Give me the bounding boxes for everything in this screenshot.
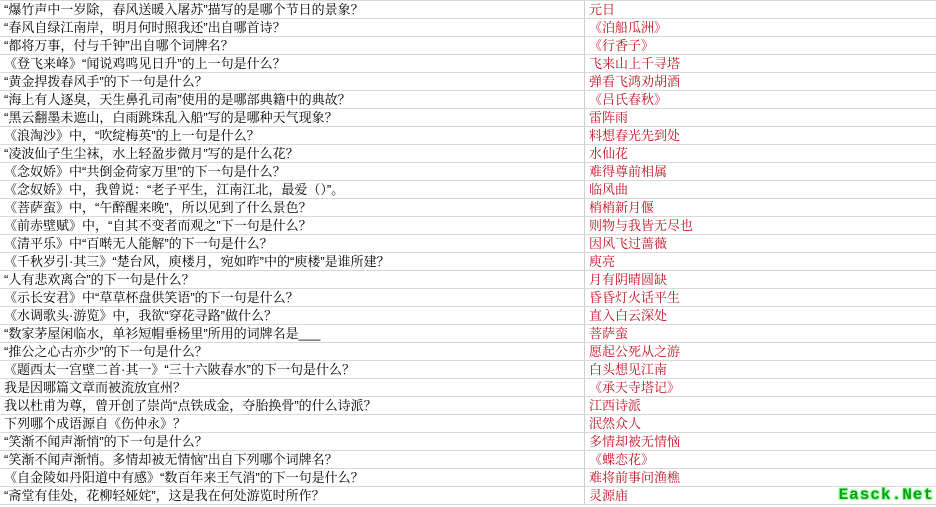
question-text: 《前赤壁赋》中，“自其不变者而观之”下一句是什么？: [4, 218, 312, 233]
answer-cell[interactable]: 因风飞过蔷薇: [585, 235, 936, 252]
table-row[interactable]: 《千秋岁引·其三》“楚台风，庾楼月，宛如昨”中的“庾楼”是谁所建？庾亮: [0, 253, 936, 271]
answer-text: 月有阴晴圆缺: [589, 272, 667, 287]
answer-cell[interactable]: 料想春光先到处: [585, 127, 936, 144]
question-text: 《念奴娇》中“共倒金荷家万里”的下一句是什么？: [4, 164, 286, 179]
answer-cell[interactable]: 愿起公死从之游: [585, 343, 936, 360]
table-row[interactable]: 下列哪个成语源自《伤仲永》？泯然众人: [0, 415, 936, 433]
answer-cell[interactable]: 直入白云深处: [585, 307, 936, 324]
question-cell[interactable]: “爆竹声中一岁除，春风送暖入屠苏”描写的是哪个节日的景象？: [0, 1, 585, 18]
answer-cell[interactable]: 庾亮: [585, 253, 936, 270]
answer-cell[interactable]: 雷阵雨: [585, 109, 936, 126]
question-text: “黑云翻墨未遮山，白雨跳珠乱入船”写的是哪种天气现象？: [4, 110, 338, 125]
table-row[interactable]: “凌波仙子生尘袜，水上轻盈步微月”写的是什么花？水仙花: [0, 145, 936, 163]
quiz-rows: “爆竹声中一岁除，春风送暖入屠苏”描写的是哪个节日的景象？元日“春风自绿江南岸，…: [0, 1, 936, 505]
table-row[interactable]: “黄金捍拨春风手”的下一句是什么？弹看飞鸿劝胡酒: [0, 73, 936, 91]
answer-cell[interactable]: 《行香子》: [585, 37, 936, 54]
question-text: “凌波仙子生尘袜，水上轻盈步微月”写的是什么花？: [4, 146, 299, 161]
question-text: “数家茅屋闲临水，单衫短帽垂杨里”所用的词牌名是___: [4, 326, 320, 341]
spreadsheet: “爆竹声中一岁除，春风送暖入屠苏”描写的是哪个节日的景象？元日“春风自绿江南岸，…: [0, 0, 936, 507]
question-text: 下列哪个成语源自《伤仲永》？: [4, 416, 186, 431]
question-text: 《示长安君》中“草草杯盘供笑语”的下一句是什么？: [4, 290, 299, 305]
answer-text: 白头想见江南: [589, 362, 667, 377]
question-cell[interactable]: “黄金捍拨春风手”的下一句是什么？: [0, 73, 585, 90]
answer-text: 《行香子》: [589, 38, 654, 53]
table-row[interactable]: 我是因哪篇文章而被流放宜州？《承天寺塔记》: [0, 379, 936, 397]
answer-cell[interactable]: 难将前事问渔樵: [585, 469, 936, 486]
answer-text: 雷阵雨: [589, 110, 628, 125]
table-row[interactable]: 《水调歌头·游览》中，我欲“穿花寻路”做什么？直入白云深处: [0, 307, 936, 325]
question-text: “春风自绿江南岸，明月何时照我还”出自哪首诗？: [4, 20, 286, 35]
table-row[interactable]: “人有悲欢离合”的下一句是什么？月有阴晴圆缺: [0, 271, 936, 289]
question-cell[interactable]: 《题西太一宫壁二首·其一》“三十六陂春水”的下一句是什么？: [0, 361, 585, 378]
question-cell[interactable]: 《念奴娇》中，我曾说：“老子平生，江南江北，最爱（）”。: [0, 181, 585, 198]
question-cell[interactable]: 《念奴娇》中“共倒金荷家万里”的下一句是什么？: [0, 163, 585, 180]
answer-cell[interactable]: 菩萨蛮: [585, 325, 936, 342]
answer-cell[interactable]: 梢梢新月偃: [585, 199, 936, 216]
table-row[interactable]: “笑渐不闻声渐悄。多情却被无情恼”出自下列哪个词牌名？《蝶恋花》: [0, 451, 936, 469]
question-text: 《登飞来峰》“闻说鸡鸣见日升”的上一句是什么？: [4, 56, 286, 71]
question-text: 《清平乐》中“百啭无人能解”的下一句是什么？: [4, 236, 273, 251]
answer-text: 《泊船瓜洲》: [589, 20, 667, 35]
answer-cell[interactable]: 《承天寺塔记》: [585, 379, 936, 396]
answer-cell[interactable]: 元日: [585, 1, 936, 18]
answer-text: 昏昏灯火话平生: [589, 290, 680, 305]
question-cell[interactable]: 《自金陵如丹阳道中有感》“数百年来王气消”的下一句是什么？: [0, 469, 585, 486]
answer-cell[interactable]: 弹看飞鸿劝胡酒: [585, 73, 936, 90]
question-cell[interactable]: “黑云翻墨未遮山，白雨跳珠乱入船”写的是哪种天气现象？: [0, 109, 585, 126]
question-text: 《菩萨蛮》中，“午醉醒来晚”，所以见到了什么景色？: [4, 200, 312, 215]
question-cell[interactable]: “春风自绿江南岸，明月何时照我还”出自哪首诗？: [0, 19, 585, 36]
question-cell[interactable]: 《浪淘沙》中，“吹绽梅英”的上一句是什么？: [0, 127, 585, 144]
question-cell[interactable]: 我以杜甫为尊，曾开创了崇尚“点铁成金，夺胎换骨”的什么诗派？: [0, 397, 585, 414]
table-row[interactable]: “都将万事，付与千钟”出自哪个词牌名？《行香子》: [0, 37, 936, 55]
answer-text: 因风飞过蔷薇: [589, 236, 667, 251]
question-cell[interactable]: 《登飞来峰》“闻说鸡鸣见日升”的上一句是什么？: [0, 55, 585, 72]
table-row[interactable]: “斋堂有佳处，花柳轻娅姹”，这是我在何处游览时所作？灵源庙: [0, 487, 936, 505]
question-text: “都将万事，付与千钟”出自哪个词牌名？: [4, 38, 234, 53]
answer-text: 梢梢新月偃: [589, 200, 654, 215]
answer-text: 江西诗派: [589, 398, 641, 413]
question-cell[interactable]: 我是因哪篇文章而被流放宜州？: [0, 379, 585, 396]
question-text: “人有悲欢离合”的下一句是什么？: [4, 272, 195, 287]
question-text: “海上有人逐臭，天生鼻孔司南”使用的是哪部典籍中的典故？: [4, 92, 351, 107]
question-cell[interactable]: 下列哪个成语源自《伤仲永》？: [0, 415, 585, 432]
question-cell[interactable]: 《水调歌头·游览》中，我欲“穿花寻路”做什么？: [0, 307, 585, 324]
answer-cell[interactable]: 《蝶恋花》: [585, 451, 936, 468]
table-row[interactable]: 《清平乐》中“百啭无人能解”的下一句是什么？因风飞过蔷薇: [0, 235, 936, 253]
answer-text: 灵源庙: [589, 488, 628, 503]
answer-text: 庾亮: [589, 254, 615, 269]
answer-cell[interactable]: 《吕氏春秋》: [585, 91, 936, 108]
question-text: 《浪淘沙》中，“吹绽梅英”的上一句是什么？: [4, 128, 260, 143]
question-cell[interactable]: “笑渐不闻声渐悄”的下一句是什么？: [0, 433, 585, 450]
answer-cell[interactable]: 临风曲: [585, 181, 936, 198]
question-cell[interactable]: 《菩萨蛮》中，“午醉醒来晚”，所以见到了什么景色？: [0, 199, 585, 216]
table-row[interactable]: 《念奴娇》中“共倒金荷家万里”的下一句是什么？难得尊前相属: [0, 163, 936, 181]
answer-text: 难得尊前相属: [589, 164, 667, 179]
answer-text: 愿起公死从之游: [589, 344, 680, 359]
table-row[interactable]: “黑云翻墨未遮山，白雨跳珠乱入船”写的是哪种天气现象？雷阵雨: [0, 109, 936, 127]
answer-cell[interactable]: 多情却被无情恼: [585, 433, 936, 450]
question-text: 《千秋岁引·其三》“楚台风，庾楼月，宛如昨”中的“庾楼”是谁所建？: [4, 254, 390, 269]
answer-cell[interactable]: 难得尊前相属: [585, 163, 936, 180]
answer-text: 菩萨蛮: [589, 326, 628, 341]
answer-cell[interactable]: 泯然众人: [585, 415, 936, 432]
table-row[interactable]: “爆竹声中一岁除，春风送暖入屠苏”描写的是哪个节日的景象？元日: [0, 1, 936, 19]
question-cell[interactable]: 《前赤壁赋》中，“自其不变者而观之”下一句是什么？: [0, 217, 585, 234]
question-text: 《水调歌头·游览》中，我欲“穿花寻路”做什么？: [4, 308, 277, 323]
answer-text: 弹看飞鸿劝胡酒: [589, 74, 680, 89]
answer-text: 则物与我皆无尽也: [589, 218, 693, 233]
answer-text: 泯然众人: [589, 416, 641, 431]
question-text: “黄金捍拨春风手”的下一句是什么？: [4, 74, 208, 89]
question-cell[interactable]: 《千秋岁引·其三》“楚台风，庾楼月，宛如昨”中的“庾楼”是谁所建？: [0, 253, 585, 270]
answer-text: 飞来山上千寻塔: [589, 56, 680, 71]
question-cell[interactable]: “推公之心古亦少”的下一句是什么？: [0, 343, 585, 360]
question-cell[interactable]: “数家茅屋闲临水，单衫短帽垂杨里”所用的词牌名是___: [0, 325, 585, 342]
question-cell[interactable]: 《示长安君》中“草草杯盘供笑语”的下一句是什么？: [0, 289, 585, 306]
question-cell[interactable]: “海上有人逐臭，天生鼻孔司南”使用的是哪部典籍中的典故？: [0, 91, 585, 108]
question-text: 我以杜甫为尊，曾开创了崇尚“点铁成金，夺胎换骨”的什么诗派？: [4, 398, 377, 413]
table-row[interactable]: 《题西太一宫壁二首·其一》“三十六陂春水”的下一句是什么？白头想见江南: [0, 361, 936, 379]
question-text: 《自金陵如丹阳道中有感》“数百年来王气消”的下一句是什么？: [4, 470, 364, 485]
question-text: 我是因哪篇文章而被流放宜州？: [4, 380, 186, 395]
question-text: “斋堂有佳处，花柳轻娅姹”，这是我在何处游览时所作？: [4, 488, 325, 503]
table-row[interactable]: “春风自绿江南岸，明月何时照我还”出自哪首诗？《泊船瓜洲》: [0, 19, 936, 37]
question-text: “笑渐不闻声渐悄。多情却被无情恼”出自下列哪个词牌名？: [4, 452, 338, 467]
table-row[interactable]: “海上有人逐臭，天生鼻孔司南”使用的是哪部典籍中的典故？《吕氏春秋》: [0, 91, 936, 109]
table-row[interactable]: 《浪淘沙》中，“吹绽梅英”的上一句是什么？料想春光先到处: [0, 127, 936, 145]
table-row[interactable]: 《自金陵如丹阳道中有感》“数百年来王气消”的下一句是什么？难将前事问渔樵: [0, 469, 936, 487]
answer-cell[interactable]: 江西诗派: [585, 397, 936, 414]
answer-text: 元日: [589, 2, 615, 17]
table-row[interactable]: 我以杜甫为尊，曾开创了崇尚“点铁成金，夺胎换骨”的什么诗派？江西诗派: [0, 397, 936, 415]
answer-cell[interactable]: 昏昏灯火话平生: [585, 289, 936, 306]
question-text: 《念奴娇》中，我曾说：“老子平生，江南江北，最爱（）”。: [4, 182, 344, 197]
question-text: “笑渐不闻声渐悄”的下一句是什么？: [4, 434, 208, 449]
answer-cell[interactable]: 则物与我皆无尽也: [585, 217, 936, 234]
answer-text: 《承天寺塔记》: [589, 380, 680, 395]
table-row[interactable]: 《念奴娇》中，我曾说：“老子平生，江南江北，最爱（）”。临风曲: [0, 181, 936, 199]
answer-text: 料想春光先到处: [589, 128, 680, 143]
question-cell[interactable]: “人有悲欢离合”的下一句是什么？: [0, 271, 585, 288]
table-row[interactable]: 《前赤壁赋》中，“自其不变者而观之”下一句是什么？则物与我皆无尽也: [0, 217, 936, 235]
answer-text: 《蝶恋花》: [589, 452, 654, 467]
table-row[interactable]: “推公之心古亦少”的下一句是什么？愿起公死从之游: [0, 343, 936, 361]
watermark: Easck.Net: [839, 486, 934, 504]
answer-text: 临风曲: [589, 182, 628, 197]
question-text: 《题西太一宫壁二首·其一》“三十六陂春水”的下一句是什么？: [4, 362, 355, 377]
table-row[interactable]: 《登飞来峰》“闻说鸡鸣见日升”的上一句是什么？飞来山上千寻塔: [0, 55, 936, 73]
answer-text: 《吕氏春秋》: [589, 92, 667, 107]
answer-text: 水仙花: [589, 146, 628, 161]
answer-cell[interactable]: 白头想见江南: [585, 361, 936, 378]
question-cell[interactable]: “斋堂有佳处，花柳轻娅姹”，这是我在何处游览时所作？: [0, 487, 585, 504]
question-cell[interactable]: “笑渐不闻声渐悄。多情却被无情恼”出自下列哪个词牌名？: [0, 451, 585, 468]
question-text: “爆竹声中一岁除，春风送暖入屠苏”描写的是哪个节日的景象？: [4, 2, 364, 17]
question-cell[interactable]: 《清平乐》中“百啭无人能解”的下一句是什么？: [0, 235, 585, 252]
answer-text: 多情却被无情恼: [589, 434, 680, 449]
question-cell[interactable]: “凌波仙子生尘袜，水上轻盈步微月”写的是什么花？: [0, 145, 585, 162]
table-row[interactable]: “笑渐不闻声渐悄”的下一句是什么？多情却被无情恼: [0, 433, 936, 451]
answer-text: 难将前事问渔樵: [589, 470, 680, 485]
answer-text: 直入白云深处: [589, 308, 667, 323]
table-row[interactable]: 《示长安君》中“草草杯盘供笑语”的下一句是什么？昏昏灯火话平生: [0, 289, 936, 307]
table-row[interactable]: 《菩萨蛮》中，“午醉醒来晚”，所以见到了什么景色？梢梢新月偃: [0, 199, 936, 217]
table-row[interactable]: “数家茅屋闲临水，单衫短帽垂杨里”所用的词牌名是___菩萨蛮: [0, 325, 936, 343]
question-cell[interactable]: “都将万事，付与千钟”出自哪个词牌名？: [0, 37, 585, 54]
answer-cell[interactable]: 《泊船瓜洲》: [585, 19, 936, 36]
answer-cell[interactable]: 飞来山上千寻塔: [585, 55, 936, 72]
answer-cell[interactable]: 水仙花: [585, 145, 936, 162]
answer-cell[interactable]: 月有阴晴圆缺: [585, 271, 936, 288]
question-text: “推公之心古亦少”的下一句是什么？: [4, 344, 208, 359]
